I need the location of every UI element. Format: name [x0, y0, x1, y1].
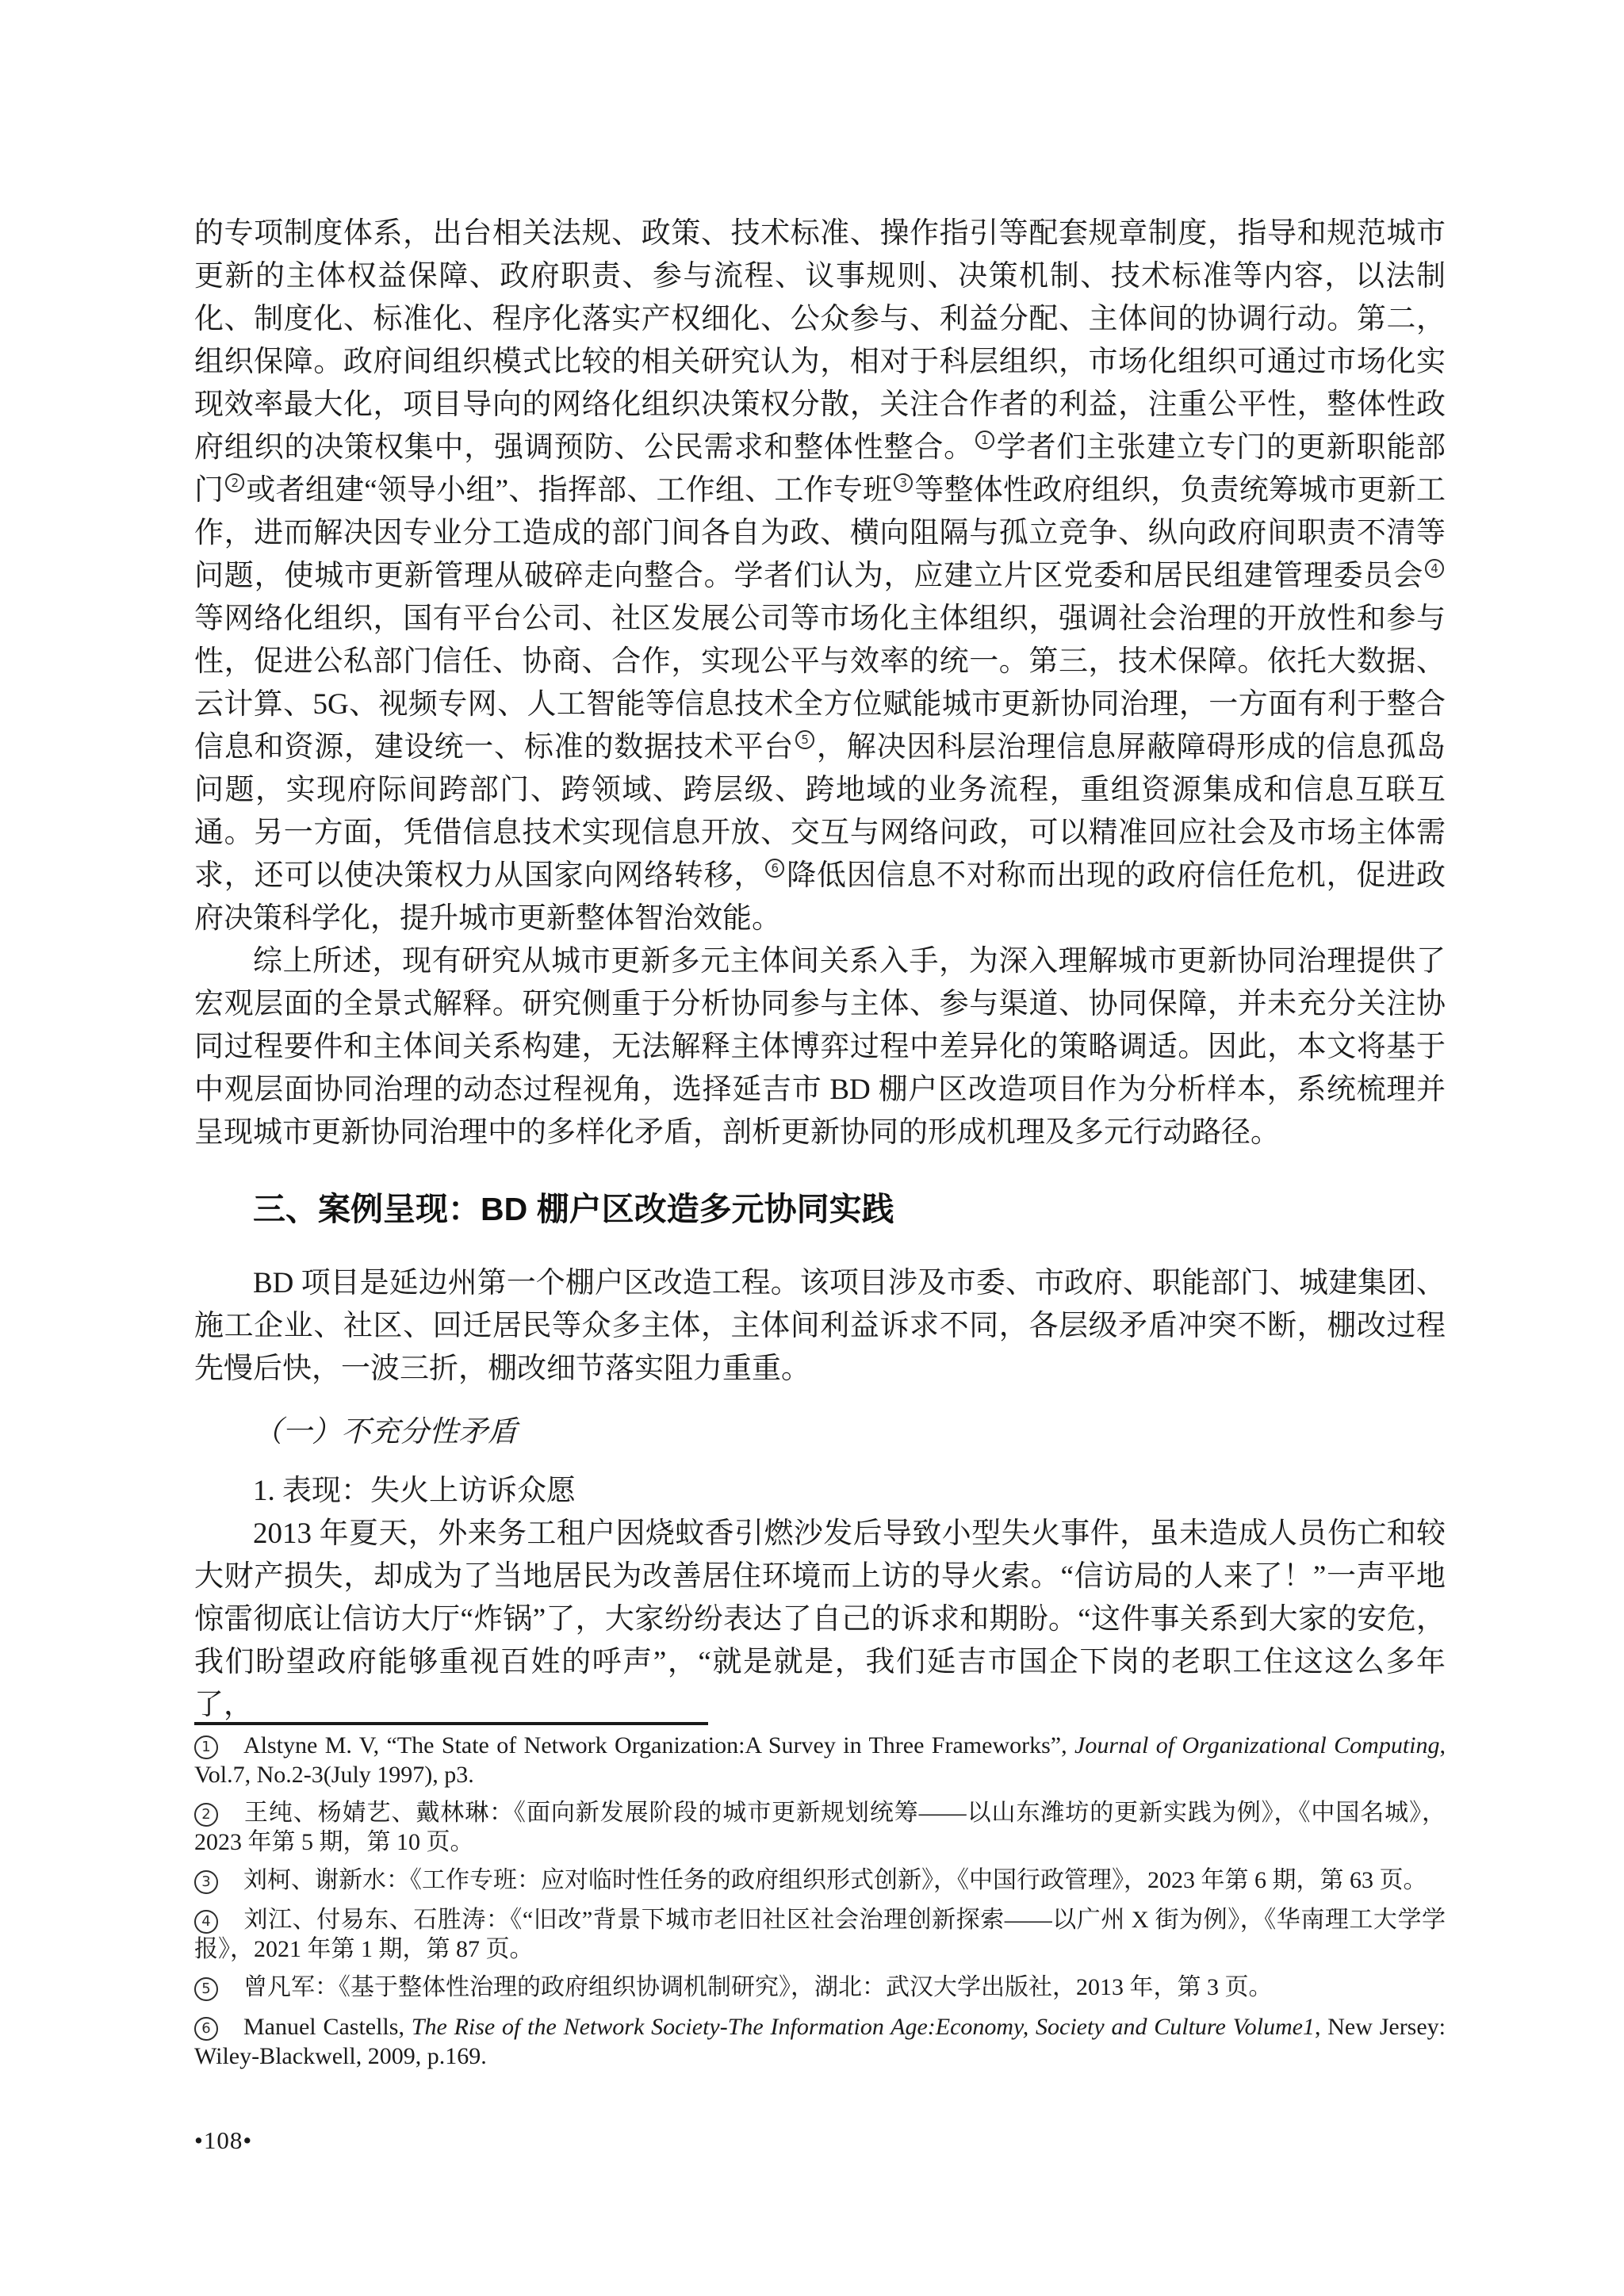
article-body: 的专项制度体系，出台相关法规、政策、技术标准、操作指引等配套规章制度，指导和规范… — [194, 212, 1446, 1727]
footnote-ref-icon: 5 — [795, 730, 814, 749]
text-run: 曾凡军：《基于整体性治理的政府组织协调机制研究》，湖北：武汉大学出版社，2013… — [243, 1974, 1273, 2000]
text-run: 王纯、杨婧艺、戴林琳：《面向新发展阶段的城市更新规划统筹——以山东潍坊的更新实践… — [194, 1800, 1446, 1855]
circled-number-icon: 6 — [765, 859, 784, 878]
circled-number-icon: 5 — [795, 730, 814, 749]
circled-number-icon: 3 — [894, 473, 913, 492]
footnotes-section: 1Alstyne M. V, “The State of Network Org… — [194, 1732, 1446, 2080]
text-run: Manuel Castells, — [243, 2014, 412, 2040]
footnote-marker-icon: 1 — [194, 1735, 218, 1759]
footnote-ref-icon: 6 — [765, 859, 784, 878]
document-page: 的专项制度体系，出台相关法规、政策、技术标准、操作指引等配套规章制度，指导和规范… — [0, 0, 1624, 2296]
footnote: 1Alstyne M. V, “The State of Network Org… — [194, 1732, 1446, 1789]
body-paragraph: 2013 年夏天，外来务工租户因烧蚊香引燃沙发后导致小型失火事件，虽未造成人员伤… — [194, 1513, 1446, 1727]
footnote: 3刘柯、谢新水：《工作专班：应对临时性任务的政府组织形式创新》，《中国行政管理》… — [194, 1866, 1446, 1896]
footnote-ref-icon: 1 — [975, 430, 994, 450]
subsubsection-heading: 1. 表现：失火上访诉众愿 — [194, 1470, 1446, 1513]
footnote-marker-icon: 6 — [194, 2017, 218, 2041]
footnote-ref-icon: 3 — [894, 473, 913, 492]
italic-title-text: Journal of Organizational Computing — [1074, 1732, 1439, 1758]
footnote-separator — [194, 1722, 708, 1725]
italic-title-text: The Rise of the Network Society-The Info… — [412, 2014, 1315, 2040]
circled-number-icon: 4 — [1425, 559, 1444, 578]
footnote: 5曾凡军：《基于整体性治理的政府组织协调机制研究》，湖北：武汉大学出版社，201… — [194, 1973, 1446, 2003]
text-run: 2013 年夏天，外来务工租户因烧蚊香引燃沙发后导致小型失火事件，虽未造成人员伤… — [194, 1517, 1446, 1721]
circled-number-icon: 2 — [225, 473, 244, 492]
text-run: BD 项目是延边州第一个棚户区改造工程。该项目涉及市委、市政府、职能部门、城建集… — [194, 1267, 1446, 1385]
text-run: Alstyne M. V, “The State of Network Orga… — [243, 1732, 1074, 1758]
section-heading: 三、案例呈现：BD 棚户区改造多元协同实践 — [194, 1186, 1446, 1232]
circled-number-icon: 1 — [975, 430, 994, 450]
text-run: 综上所述，现有研究从城市更新多元主体间关系入手，为深入理解城市更新协同治理提供了… — [194, 945, 1446, 1149]
footnote: 2王纯、杨婧艺、戴林琳：《面向新发展阶段的城市更新规划统筹——以山东潍坊的更新实… — [194, 1799, 1446, 1856]
footnote-marker-icon: 2 — [194, 1803, 218, 1827]
footnote-ref-icon: 2 — [225, 473, 244, 492]
page-number: •108• — [194, 2126, 252, 2155]
body-paragraph: 的专项制度体系，出台相关法规、政策、技术标准、操作指引等配套规章制度，指导和规范… — [194, 212, 1446, 940]
body-paragraph: 综上所述，现有研究从城市更新多元主体间关系入手，为深入理解城市更新协同治理提供了… — [194, 940, 1446, 1154]
body-paragraph: BD 项目是延边州第一个棚户区改造工程。该项目涉及市委、市政府、职能部门、城建集… — [194, 1262, 1446, 1391]
footnote: 6Manuel Castells, The Rise of the Networ… — [194, 2013, 1446, 2070]
text-run: 的专项制度体系，出台相关法规、政策、技术标准、操作指引等配套规章制度，指导和规范… — [194, 217, 1446, 464]
text-run: 刘江、付易东、石胜涛：《“旧改”背景下城市老旧社区社会治理创新探索——以广州 X… — [194, 1907, 1446, 1962]
text-run: 或者组建“领导小组”、指挥部、工作组、工作专班 — [246, 474, 892, 507]
footnote-marker-icon: 4 — [194, 1910, 218, 1934]
footnote: 4刘江、付易东、石胜涛：《“旧改”背景下城市老旧社区社会治理创新探索——以广州 … — [194, 1906, 1446, 1963]
footnote-marker-icon: 3 — [194, 1870, 218, 1894]
subsection-heading: （一）不充分性矛盾 — [194, 1411, 1446, 1454]
footnote-marker-icon: 5 — [194, 1977, 218, 2001]
footnote-ref-icon: 4 — [1425, 559, 1444, 578]
text-run: 刘柯、谢新水：《工作专班：应对临时性任务的政府组织形式创新》，《中国行政管理》，… — [243, 1867, 1427, 1893]
